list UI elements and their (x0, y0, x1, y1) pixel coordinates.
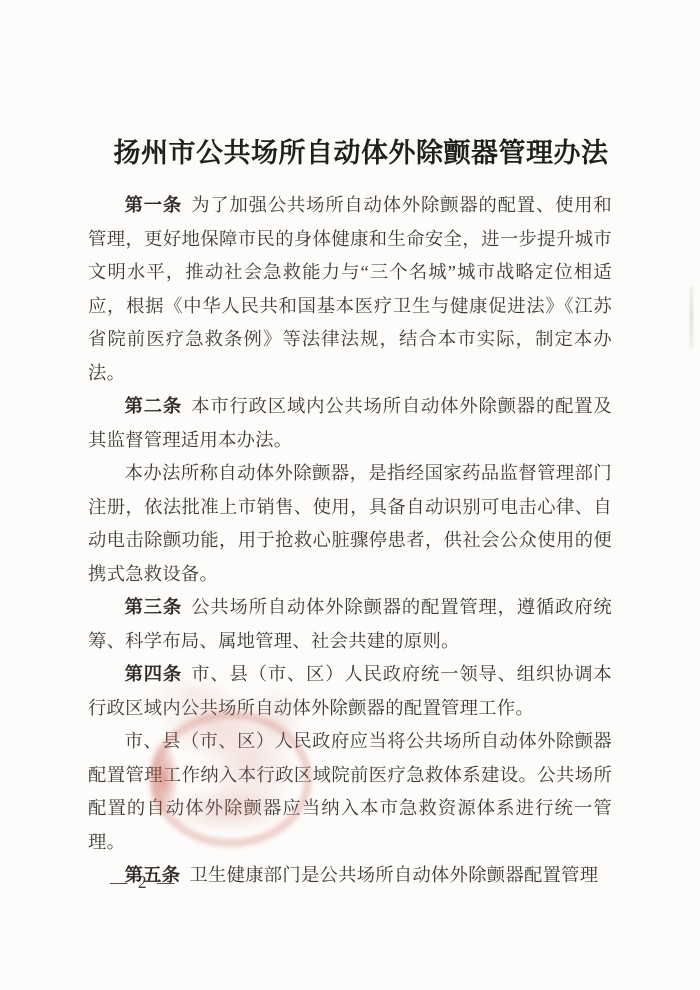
page-number: — 2 — (110, 872, 178, 893)
article-2-cont-text: 本办法所称自动体外除颤器，是指经国家药品监督管理部门注册，依法批准上市销售、使用… (88, 463, 612, 584)
paragraph-article-2: 第二条本市行政区域内公共场所自动体外除颤器的配置及其监督管理适用本办法。 (88, 390, 612, 457)
article-1-label: 第一条 (125, 195, 182, 215)
paragraph-article-1: 第一条为了加强公共场所自动体外除颤器的配置、使用和管理，更好地保障市民的身体健康… (88, 189, 612, 390)
article-4-label: 第四条 (125, 664, 182, 684)
scan-edge-artifact (690, 286, 693, 348)
article-2-label: 第二条 (125, 396, 182, 416)
article-5-text: 卫生健康部门是公共场所自动体外除颤器配置管理 (189, 865, 598, 885)
article-3-label: 第三条 (125, 597, 182, 617)
paragraph-article-3: 第三条公共场所自动体外除颤器的配置管理，遵循政府统筹、科学布局、属地管理、社会共… (88, 591, 612, 658)
paragraph-article-4-cont: 市、县（市、区）人民政府应当将公共场所自动体外除颤器配置管理工作纳入本行政区域院… (88, 725, 612, 859)
paragraph-article-4: 第四条市、县（市、区）人民政府统一领导、组织协调本行政区域内公共场所自动体外除颤… (88, 658, 612, 725)
document-body: 第一条为了加强公共场所自动体外除颤器的配置、使用和管理，更好地保障市民的身体健康… (88, 189, 612, 893)
paragraph-article-2-cont: 本办法所称自动体外除颤器，是指经国家药品监督管理部门注册，依法批准上市销售、使用… (88, 457, 612, 591)
article-4-cont-text: 市、县（市、区）人民政府应当将公共场所自动体外除颤器配置管理工作纳入本行政区域院… (88, 731, 612, 852)
scanned-document-page: 扬州市公共场所自动体外除颤器管理办法 第一条为了加强公共场所自动体外除颤器的配置… (0, 0, 700, 990)
article-1-text: 为了加强公共场所自动体外除颤器的配置、使用和管理，更好地保障市民的身体健康和生命… (88, 195, 612, 383)
document-title: 扬州市公共场所自动体外除颤器管理办法 (0, 131, 700, 170)
